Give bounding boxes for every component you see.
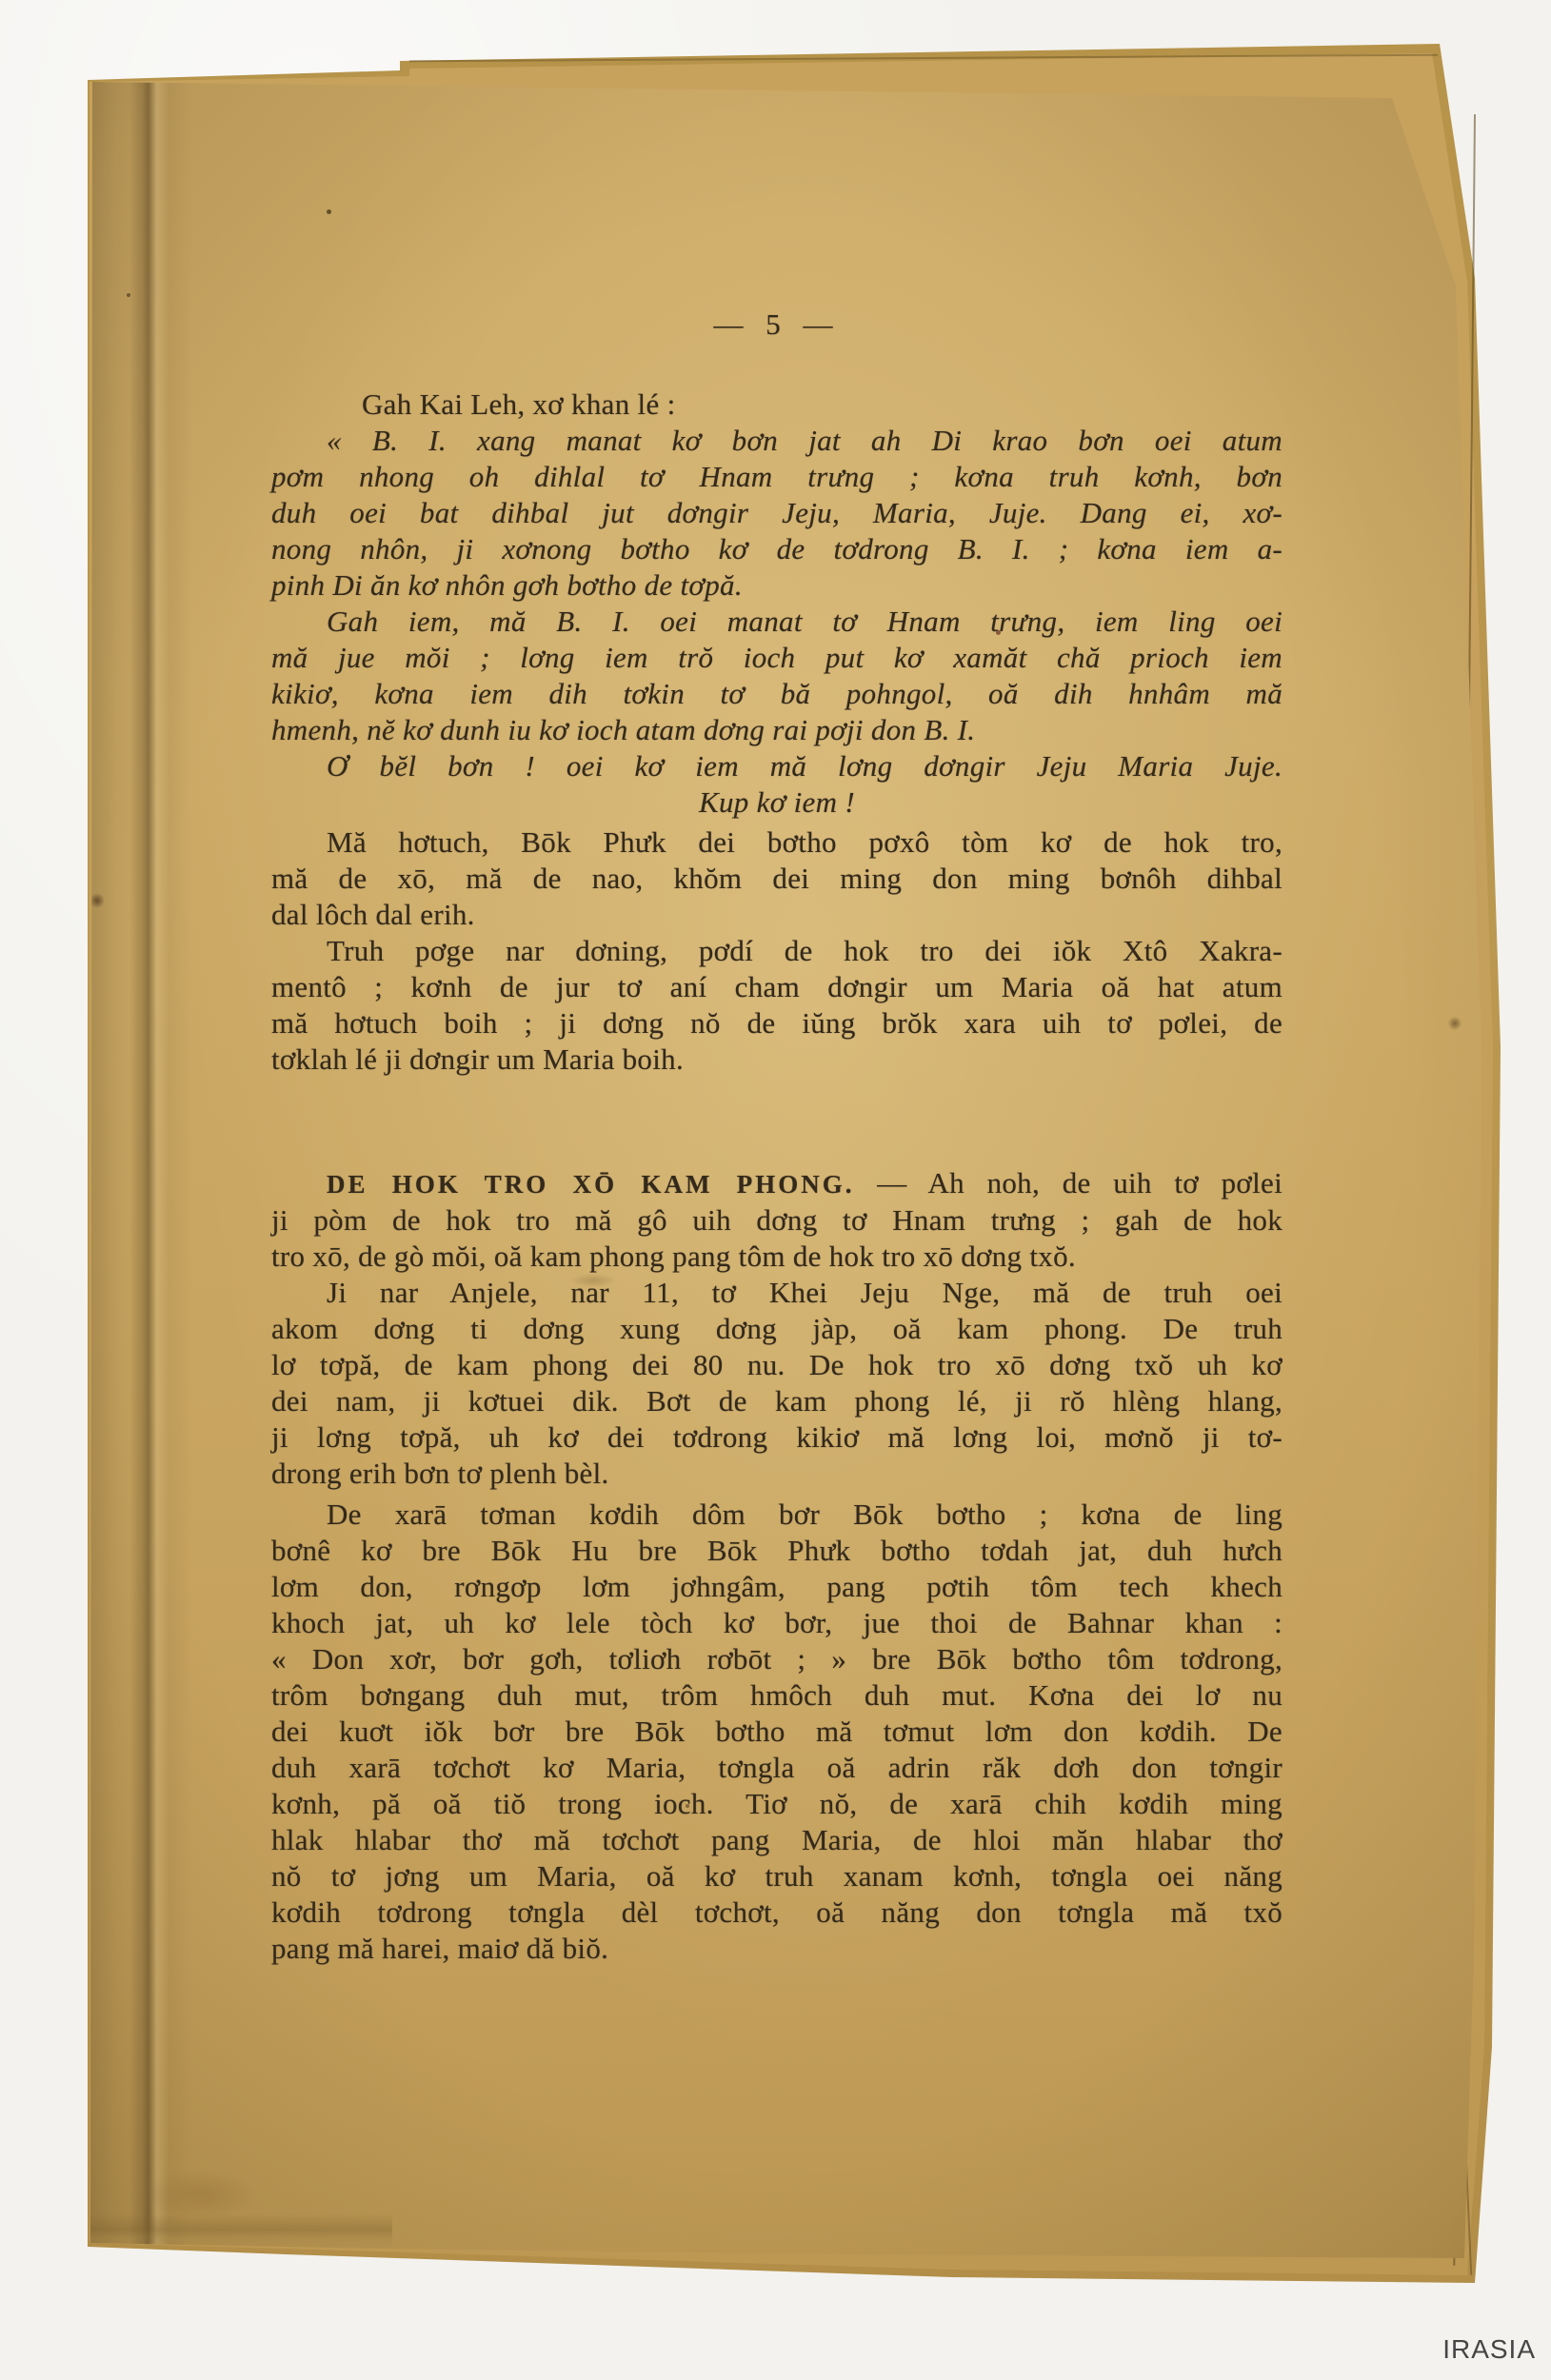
text-line: DE HOK TRO XŌ KAM PHONG. — Ah noh, de ui…	[271, 1165, 1283, 1202]
text-line: kikiơ, kơna iem dih tơkin tơ bă pohngol,…	[271, 676, 1283, 712]
binding-crease	[88, 80, 192, 2247]
text-line: Ơ bĕl bơn ! oei kơ iem mă lơng dơngir Je…	[271, 748, 1283, 784]
text-line: mă hơtuch boih ; ji dơng nŏ de iŭng brŏk…	[271, 1005, 1283, 1041]
text-line: mentô ; kơnh de jur tơ aní cham dơngir u…	[271, 969, 1283, 1005]
text-line: trôm bơngang duh mut, trôm hmôch duh mut…	[271, 1677, 1283, 1714]
paragraph: Gah iem, mă B. I. oei manat tơ Hnam trưn…	[271, 604, 1283, 748]
text-line: pơm nhong oh dihlal tơ Hnam trưng ; kơna…	[271, 459, 1283, 495]
text-line: nong nhôn, ji xơnong bơtho kơ de tơdrong…	[271, 531, 1283, 567]
text-line: duh oei bat dihbal jut dơngir Jeju, Mari…	[271, 495, 1283, 531]
text-line: mă jue mŏi ; lơng iem trŏ ioch put kơ xa…	[271, 640, 1283, 676]
paragraph: Ji nar Anjele, nar 11, tơ Khei Jeju Nge,…	[271, 1275, 1283, 1492]
text-line: pang mă harei, maiơ dă biŏ.	[271, 1931, 1283, 1967]
text-line: Gah Kai Leh, xơ khan lé :	[271, 387, 1283, 423]
text-line: hlak hlabar thơ mă tơchơt pang Maria, de…	[271, 1822, 1283, 1858]
text-line: tro xō, de gò mŏi, oă kam phong pang tôm…	[271, 1239, 1283, 1275]
text-line: hmenh, nĕ kơ dunh iu kơ ioch atam dơng r…	[271, 712, 1283, 748]
text-line: khoch jat, uh kơ lele tòch kơ bơr, jue t…	[271, 1605, 1283, 1641]
text-line: Kup kơ iem !	[271, 784, 1283, 821]
paragraph: « B. I. xang manat kơ bơn jat ah Di krao…	[271, 423, 1283, 604]
page-number: — 5 —	[271, 307, 1283, 343]
text-line: nŏ tơ jơng um Maria, oă kơ truh xanam kơ…	[271, 1858, 1283, 1894]
ink-stain	[0, 802, 19, 863]
paragraph: De xarā tơman kơdih dôm bơr Bōk bơtho ; …	[271, 1497, 1283, 1967]
photo-background: — 5 — Gah Kai Leh, xơ khan lé :« B. I. x…	[0, 0, 1551, 2380]
text-line: « B. I. xang manat kơ bơn jat ah Di krao…	[271, 423, 1283, 459]
paper-speck	[327, 209, 331, 214]
text-line: kơdih tơdrong tơngla dèl tơchơt, oă năng…	[271, 1894, 1283, 1931]
text-line: kơnh, pă oă tiŏ trong ioch. Tiơ nŏ, de x…	[271, 1786, 1283, 1822]
text-line: drong erih bơn tơ plenh bèl.	[271, 1456, 1283, 1492]
page-fold	[88, 2214, 392, 2249]
watermark: IRASIA	[1442, 2334, 1536, 2365]
paragraph: Ơ bĕl bơn ! oei kơ iem mă lơng dơngir Je…	[271, 748, 1283, 821]
text-line: Gah iem, mă B. I. oei manat tơ Hnam trưn…	[271, 604, 1283, 640]
ink-stain	[1447, 1017, 1462, 1030]
text-line: dal lôch dal erih.	[271, 897, 1283, 933]
page-text: — 5 — Gah Kai Leh, xơ khan lé :« B. I. x…	[271, 307, 1283, 1967]
text-line: De xarā tơman kơdih dôm bơr Bōk bơtho ; …	[271, 1497, 1283, 1533]
text-line: akom dơng ti dơng xung dơng jàp, oă kam …	[271, 1311, 1283, 1347]
text-line: dei kuơt iŏk bơr bre Bōk bơtho mă tơmut …	[271, 1714, 1283, 1750]
text-line: lơ tơpă, de kam phong dei 80 nu. De hok …	[271, 1347, 1283, 1383]
text-line: mă de xō, mă de nao, khŏm dei ming don m…	[271, 861, 1283, 897]
paragraph: DE HOK TRO XŌ KAM PHONG. — Ah noh, de ui…	[271, 1165, 1283, 1275]
paragraph: Gah Kai Leh, xơ khan lé :	[271, 387, 1283, 423]
text-line: pinh Di ăn kơ nhôn gơh bơtho de tơpă.	[271, 567, 1283, 604]
paragraph: Mă hơtuch, Bōk Phưk dei bơtho pơxô tòm k…	[271, 824, 1283, 933]
text-line: duh xarā tơchơt kơ Maria, tơngla oă adri…	[271, 1750, 1283, 1786]
text-line: dei nam, ji kơtuei dik. Bơt de kam phong…	[271, 1383, 1283, 1419]
text-line: tơklah lé ji dơngir um Maria boih.	[271, 1041, 1283, 1078]
text-line: Mă hơtuch, Bōk Phưk dei bơtho pơxô tòm k…	[271, 824, 1283, 861]
text-line: lơm don, rơngơp lơm jơhngâm, pang pơtih …	[271, 1569, 1283, 1605]
text-line: bơnê kơ bre Bōk Hu bre Bōk Phưk bơtho tơ…	[271, 1533, 1283, 1569]
text-line: Ji nar Anjele, nar 11, tơ Khei Jeju Nge,…	[271, 1275, 1283, 1311]
paragraph: Truh pơge nar dơning, pơdí de hok tro de…	[271, 933, 1283, 1078]
text-line: ji pòm de hok tro mă gô uih dơng tơ Hnam…	[271, 1202, 1283, 1239]
text-line: ji lơng tơpă, uh kơ dei tơdrong kikiơ mă…	[271, 1419, 1283, 1456]
text-line: Truh pơge nar dơning, pơdí de hok tro de…	[271, 933, 1283, 969]
text-line: « Don xơr, bơr gơh, tơliơh rơbōt ; » bre…	[271, 1641, 1283, 1677]
